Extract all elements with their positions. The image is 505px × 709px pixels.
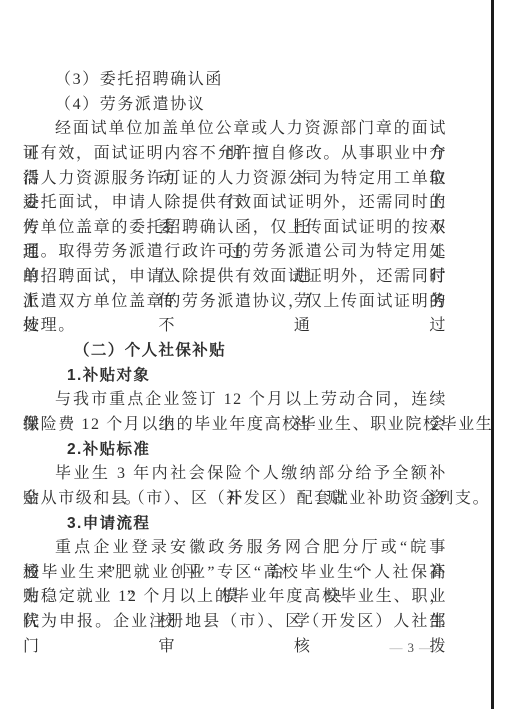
document-line: 委托面试，申请人除提供有效面试证明外，还需同时上传委托双 <box>23 191 447 216</box>
document-line: 方单位盖章的委托招聘确认函，仅上传面试证明的按不通过处 <box>23 216 447 241</box>
document-line: 保险费 12 个月以上的毕业年度高校毕业生、职业院校毕业生 <box>23 413 447 438</box>
document-line: （二）个人社保补贴 <box>23 339 447 364</box>
document-line: 重点企业登录安徽政务服务网合肥分厅或“皖事通”平台“高 <box>23 536 447 561</box>
page-number-dash-right: — <box>419 640 432 655</box>
document-line: 经面试单位加盖单位公章或人力资源部门章的面试证明方 <box>23 117 447 142</box>
document-line: 3.申请流程 <box>23 512 447 537</box>
document-line: 毕业生 3 年内社会保险个人缴纳部分给予全额补贴。补贴资 <box>23 462 447 487</box>
page-number-dash-left: — <box>390 640 403 655</box>
document-line: 派遣双方单位盖章的劳务派遣协议，仅上传面试证明的按不通过 <box>23 290 447 315</box>
document-line: （3）委托招聘确认函 <box>23 68 447 93</box>
document-line: 为稳定就业 12 个月以上的毕业年度高校毕业生、职业院校学生 <box>23 585 447 610</box>
document-line: 的招聘面试，申请人除提供有效面试证明外，还需同时上传劳务 <box>23 265 447 290</box>
document-line: 可有效，面试证明内容不允许擅自修改。从事职业中介活动并取 <box>23 142 447 167</box>
scan-edge-line <box>491 0 494 709</box>
document-line: 理。取得劳务派遣行政许可的劳务派遣公司为特定用工单位进行 <box>23 240 447 265</box>
document-line: 得人力资源服务许可证的人力资源公司为特定用工单位进行的 <box>23 167 447 192</box>
document-line: 校毕业生来肥就业创业”专区“高校毕业生个人社保补贴”模块， <box>23 561 447 586</box>
document-line: 与我市重点企业签订 12 个月以上劳动合同，连续缴纳社会 <box>23 388 447 413</box>
document-line: 金从市级和县（市）、区（开发区）配套就业补助资金列支。 <box>23 487 447 512</box>
document-line: 1.补贴对象 <box>23 364 447 389</box>
document-page: （3）委托招聘确认函（4）劳务派遣协议经面试单位加盖单位公章或人力资源部门章的面… <box>0 0 505 709</box>
page-number-value: 3 <box>408 640 415 655</box>
document-line: （4）劳务派遣协议 <box>23 93 447 118</box>
document-line: 2.补贴标准 <box>23 438 447 463</box>
page-number: —3— <box>385 640 438 656</box>
document-line: 代为申报。企业注册地县（市）、区（开发区）人社部门审核拨 <box>23 610 447 635</box>
document-body: （3）委托招聘确认函（4）劳务派遣协议经面试单位加盖单位公章或人力资源部门章的面… <box>23 68 447 635</box>
